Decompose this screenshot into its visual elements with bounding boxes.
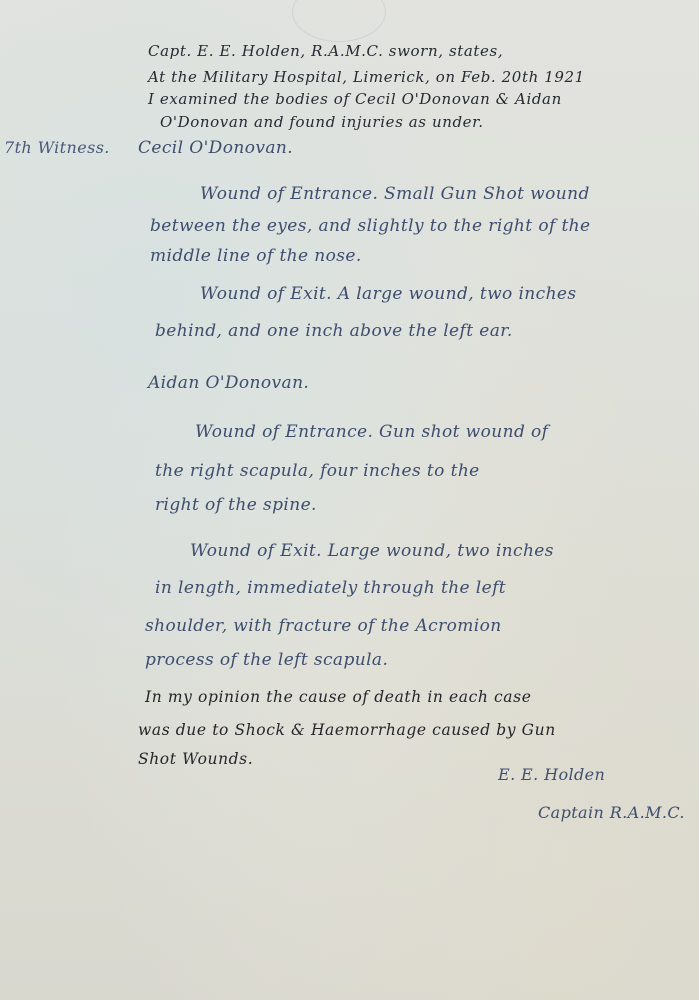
header-line-1: Capt. E. E. Holden, R.A.M.C. sworn, stat… — [148, 44, 503, 59]
victim-1-name: Cecil O'Donovan. — [138, 140, 293, 157]
signature-name: E. E. Holden — [498, 767, 605, 783]
signature-title: Captain R.A.M.C. — [538, 805, 685, 821]
opinion-line-2: was due to Shock & Haemorrhage caused by… — [138, 723, 556, 739]
opinion-line-1: In my opinion the cause of death in each… — [145, 690, 531, 706]
victim-1-entrance-line-2: between the eyes, and slightly to the ri… — [150, 218, 591, 235]
opinion-line-3: Shot Wounds. — [138, 752, 253, 768]
header-line-3: I examined the bodies of Cecil O'Donovan… — [148, 92, 562, 107]
victim-2-exit-line-1: Wound of Exit. Large wound, two inches — [190, 543, 554, 560]
header-line-4: O'Donovan and found injuries as under. — [160, 115, 484, 130]
victim-2-entrance-line-2: the right scapula, four inches to the — [155, 463, 480, 480]
victim-2-exit-line-3: shoulder, with fracture of the Acromion — [145, 618, 502, 635]
victim-2-name: Aidan O'Donovan. — [148, 375, 309, 392]
victim-2-entrance-line-3: right of the spine. — [155, 497, 317, 514]
victim-1-entrance-line-3: middle line of the nose. — [150, 248, 362, 265]
victim-1-exit-line-1: Wound of Exit. A large wound, two inches — [200, 286, 577, 303]
victim-2-entrance-line-1: Wound of Entrance. Gun shot wound of — [195, 424, 548, 441]
victim-1-exit-line-2: behind, and one inch above the left ear. — [155, 323, 513, 340]
victim-1-entrance-line-1: Wound of Entrance. Small Gun Shot wound — [200, 186, 590, 203]
victim-2-exit-line-2: in length, immediately through the left — [155, 580, 506, 597]
witness-margin-note: 7th Witness. — [4, 140, 110, 156]
header-line-2: At the Military Hospital, Limerick, on F… — [148, 70, 585, 85]
victim-2-exit-line-4: process of the left scapula. — [145, 652, 388, 669]
